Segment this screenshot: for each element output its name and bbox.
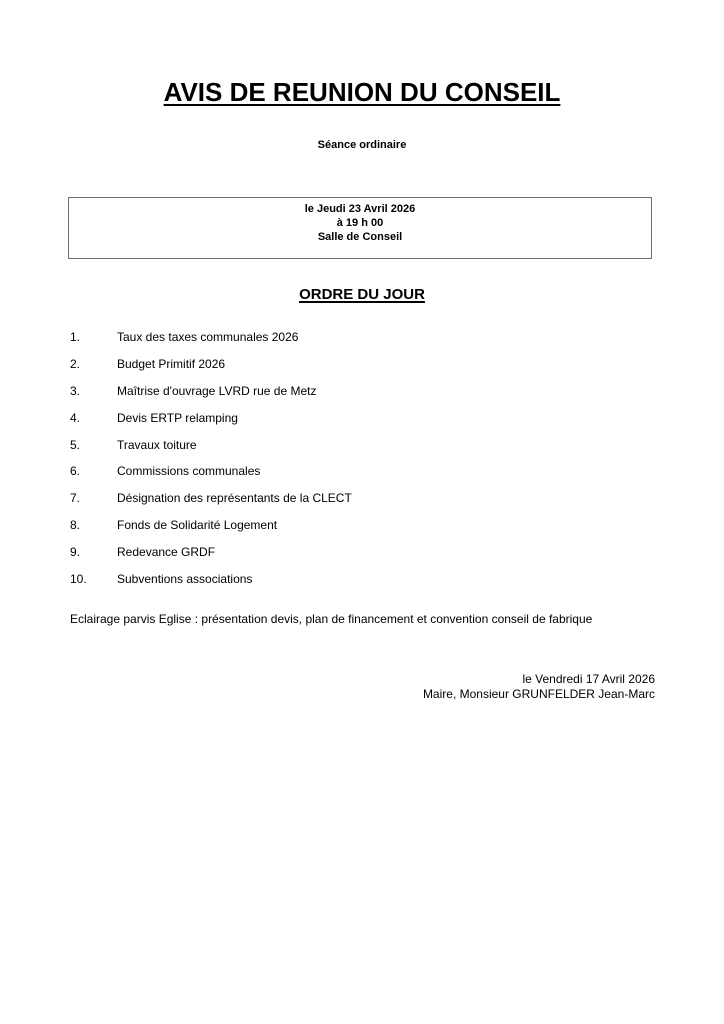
signatory: Maire, Monsieur GRUNFELDER Jean-Marc [423,687,655,702]
agenda-item-number: 5. [70,438,117,465]
agenda-item-number: 7. [70,491,117,518]
meeting-location: Salle de Conseil [69,230,651,244]
agenda-item-label: Devis ERTP relamping [117,411,238,438]
agenda-item-number: 3. [70,384,117,411]
document-title: AVIS DE REUNION DU CONSEIL [0,76,724,108]
agenda-item-label: Travaux toiture [117,438,197,465]
agenda-item: 1. Taux des taxes communales 2026 [70,330,352,357]
signature-date: le Vendredi 17 Avril 2026 [423,672,655,687]
agenda-list: 1. Taux des taxes communales 2026 2. Bud… [70,330,352,599]
agenda-item-label: Redevance GRDF [117,545,215,572]
agenda-item: 2. Budget Primitif 2026 [70,357,352,384]
agenda-item: 8. Fonds de Solidarité Logement [70,518,352,545]
agenda-item: 3. Maîtrise d'ouvrage LVRD rue de Metz [70,384,352,411]
signature-block: le Vendredi 17 Avril 2026 Maire, Monsieu… [423,672,655,702]
meeting-info-box: le Jeudi 23 Avril 2026 à 19 h 00 Salle d… [68,197,652,259]
meeting-date: le Jeudi 23 Avril 2026 [69,202,651,216]
agenda-item: 6. Commissions communales [70,464,352,491]
agenda-item: 4. Devis ERTP relamping [70,411,352,438]
agenda-item: 10. Subventions associations [70,572,352,599]
agenda-item-number: 6. [70,464,117,491]
agenda-item-label: Désignation des représentants de la CLEC… [117,491,352,518]
agenda-item: 9. Redevance GRDF [70,545,352,572]
agenda-title: ORDRE DU JOUR [0,286,724,304]
agenda-item-label: Subventions associations [117,572,252,599]
meeting-time: à 19 h 00 [69,216,651,230]
agenda-item-number: 1. [70,330,117,357]
agenda-item-label: Budget Primitif 2026 [117,357,225,384]
agenda-item: 5. Travaux toiture [70,438,352,465]
extra-agenda-item: Eclairage parvis Eglise : présentation d… [70,612,592,626]
agenda-item-label: Taux des taxes communales 2026 [117,330,298,357]
agenda-item: 7. Désignation des représentants de la C… [70,491,352,518]
agenda-item-number: 4. [70,411,117,438]
agenda-item-label: Fonds de Solidarité Logement [117,518,277,545]
agenda-item-number: 10. [70,572,117,599]
agenda-item-label: Commissions communales [117,464,260,491]
session-type: Séance ordinaire [0,138,724,152]
agenda-item-number: 2. [70,357,117,384]
agenda-item-number: 9. [70,545,117,572]
agenda-item-number: 8. [70,518,117,545]
agenda-item-label: Maîtrise d'ouvrage LVRD rue de Metz [117,384,317,411]
